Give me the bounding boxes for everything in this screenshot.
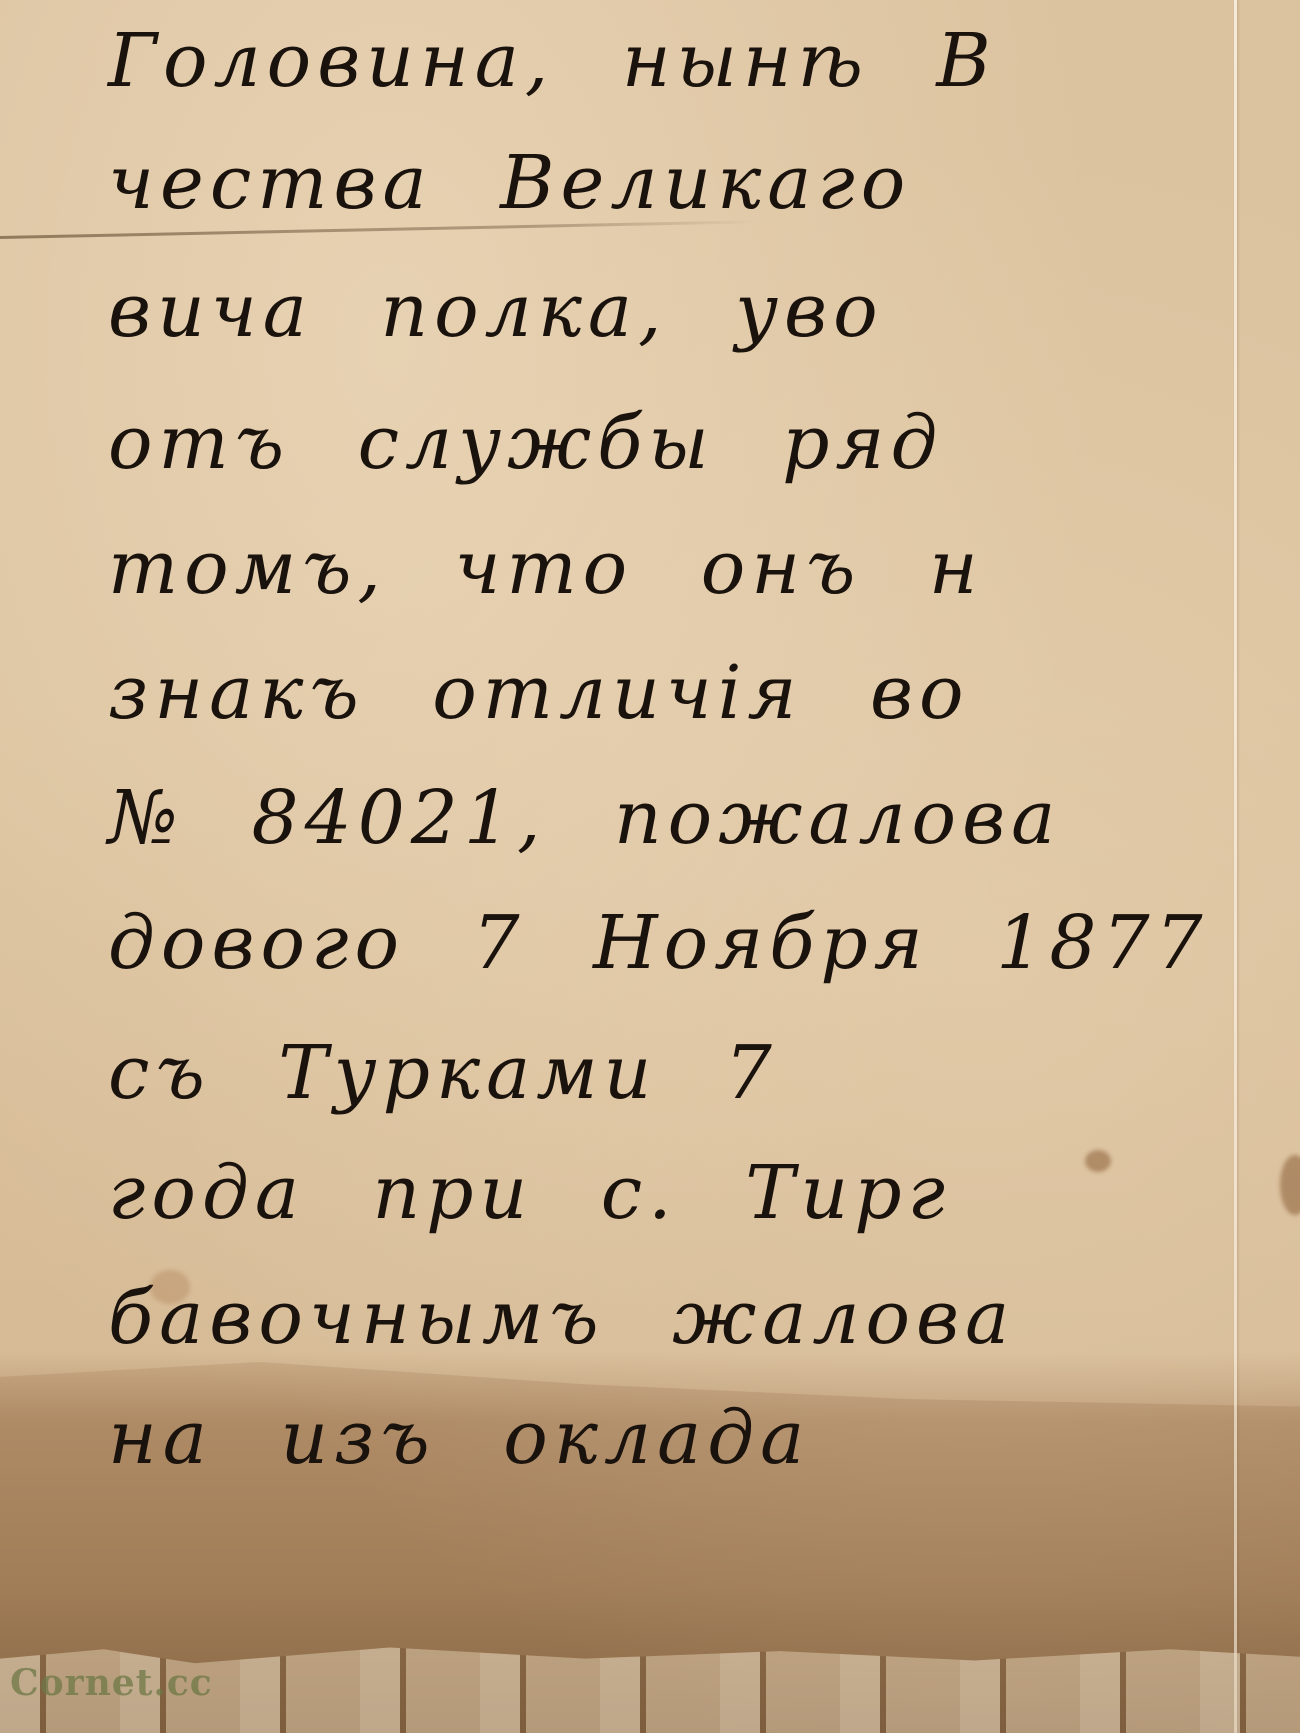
ink-stain-spot-edge <box>1280 1155 1300 1215</box>
text-line-8: дового 7 Ноября 1877 <box>108 900 1209 986</box>
text-line-3: вича полка, уво <box>108 268 884 354</box>
text-line-9: съ Турками 7 <box>108 1030 778 1116</box>
text-line-2: чества Великаго <box>108 140 911 226</box>
text-line-11: бавочнымъ жалова <box>108 1275 1015 1361</box>
text-line-5: томъ, что онъ н <box>108 525 984 611</box>
text-line-12: на изъ оклада <box>108 1395 810 1481</box>
text-line-7: № 84021, пожалова <box>108 775 1061 861</box>
text-line-6: знакъ отличія во <box>108 650 970 736</box>
watermark-logo: Cornet.cc <box>10 1662 213 1704</box>
text-line-10: года при с. Тирг <box>108 1150 951 1236</box>
vertical-fold <box>1234 0 1237 1733</box>
ink-stain-spot <box>1085 1150 1111 1172</box>
text-line-1: Головина, нынѣ В <box>108 18 997 104</box>
document-page: Головина, нынѣ В чества Великаго вича по… <box>0 0 1300 1733</box>
text-line-4: отъ службы ряд <box>108 400 943 486</box>
